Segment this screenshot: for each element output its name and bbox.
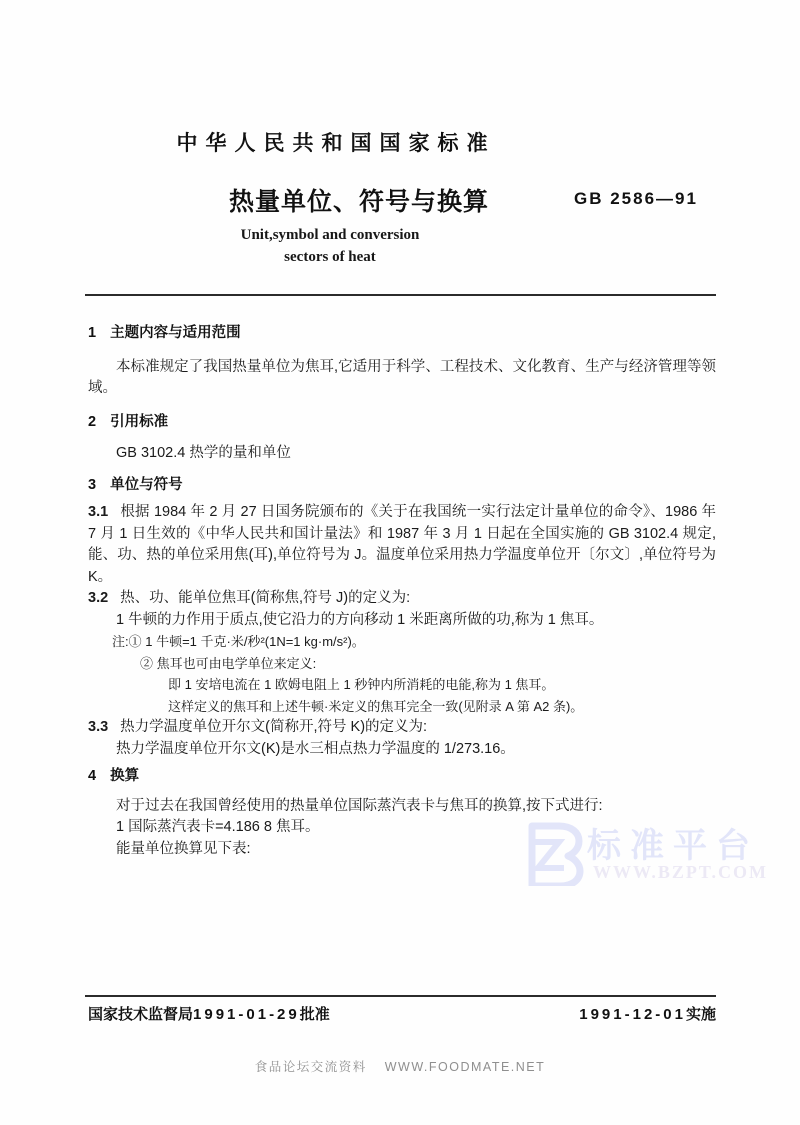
- source-note-line: 食品论坛交流资料WWW.FOODMATE.NET: [0, 1057, 800, 1075]
- clause-3-3-definition: 热力学温度单位开尔文(K)是水三相点热力学温度的 1/273.16。: [88, 739, 716, 761]
- implementation-date: 1991-12-01: [579, 1006, 686, 1023]
- clause-3-1-text: 根据 1984 年 2 月 27 日国务院颁布的《关于在我国统一实行法定计量单位…: [88, 504, 716, 585]
- header-divider: [85, 294, 716, 296]
- section-4-heading: 4换算: [88, 766, 716, 788]
- clause-3-2-number: 3.2: [88, 590, 108, 606]
- clause-3-2-definition: 1 牛顿的力作用于质点,使它沿力的方向移动 1 米距离所做的功,称为 1 焦耳。: [88, 610, 716, 632]
- national-standard-label: 中华人民共和国国家标准: [0, 127, 672, 157]
- watermark-brand-text: 标准平台: [587, 818, 759, 867]
- section-2-heading: 2引用标准: [88, 412, 716, 434]
- clause-3-3-number: 3.3: [88, 719, 108, 735]
- source-note: 食品论坛交流资料: [255, 1060, 367, 1074]
- section-2-title: 引用标准: [110, 414, 168, 430]
- document-body: 1主题内容与适用范围 本标准规定了我国热量单位为焦耳,它适用于科学、工程技术、文…: [88, 317, 716, 860]
- watermark-url-text: WWW.BZPT.COM: [593, 862, 768, 883]
- section-1-heading: 1主题内容与适用范围: [88, 323, 716, 345]
- implementation-line: 1991-12-01实施: [579, 1003, 716, 1024]
- standard-document-page: 中华人民共和国国家标准 热量单位、符号与换算 GB 2586—91 Unit,s…: [0, 0, 800, 1125]
- english-subtitle-line1: Unit,symbol and conversion: [0, 227, 660, 244]
- clause-3-2: 3.2热、功、能单位焦耳(简称焦,符号 J)的定义为:: [88, 588, 716, 610]
- section-3-title: 单位与符号: [110, 477, 183, 493]
- clause-3-3-text: 热力学温度单位开尔文(简称开,符号 K)的定义为:: [120, 719, 427, 735]
- english-subtitle-line2: sectors of heat: [0, 249, 660, 266]
- document-title: 热量单位、符号与换算: [229, 182, 489, 218]
- note-1: 注:① 1 牛顿=1 千克·米/秒²(1N=1 kg·m/s²)。: [88, 631, 716, 653]
- section-1-title: 主题内容与适用范围: [110, 325, 241, 341]
- footer-divider: [85, 995, 716, 997]
- clause-3-2-text: 热、功、能单位焦耳(简称焦,符号 J)的定义为:: [120, 590, 410, 606]
- approval-agency: 国家技术监督局: [88, 1006, 193, 1023]
- bzpt-logo-icon: [523, 822, 585, 886]
- section-3-number: 3: [88, 475, 96, 497]
- clause-3-1-number: 3.1: [88, 504, 108, 520]
- source-url: WWW.FOODMATE.NET: [385, 1060, 546, 1074]
- section-1-paragraph: 本标准规定了我国热量单位为焦耳,它适用于科学、工程技术、文化教育、生产与经济管理…: [88, 357, 716, 400]
- section-1-number: 1: [88, 323, 96, 345]
- implementation-suffix: 实施: [686, 1006, 716, 1023]
- clause-3-3: 3.3热力学温度单位开尔文(简称开,符号 K)的定义为:: [88, 717, 716, 739]
- section-2-number: 2: [88, 412, 96, 434]
- section-3-heading: 3单位与符号: [88, 475, 716, 497]
- approval-date: 1991-01-29: [193, 1006, 300, 1023]
- note-2-detail-2: 这样定义的焦耳和上述牛顿·米定义的焦耳完全一致(见附录 A 第 A2 条)。: [88, 696, 716, 718]
- clause-3-2-notes: 注:① 1 牛顿=1 千克·米/秒²(1N=1 kg·m/s²)。 ② 焦耳也可…: [88, 631, 716, 717]
- section-4-number: 4: [88, 766, 96, 788]
- approval-suffix: 批准: [300, 1006, 330, 1023]
- standard-number: GB 2586—91: [574, 189, 698, 209]
- note-2-detail-1: 即 1 安培电流在 1 欧姆电阻上 1 秒钟内所消耗的电能,称为 1 焦耳。: [88, 674, 716, 696]
- note-2: ② 焦耳也可由电学单位来定义:: [88, 653, 716, 675]
- section-4-title: 换算: [110, 768, 139, 784]
- watermark: 标准平台 WWW.BZPT.COM: [513, 812, 753, 902]
- clause-3-1: 3.1根据 1984 年 2 月 27 日国务院颁布的《关于在我国统一实行法定计…: [88, 502, 716, 588]
- section-2-reference: GB 3102.4 热学的量和单位: [88, 443, 716, 465]
- approval-line: 国家技术监督局1991-01-29批准: [88, 1003, 330, 1024]
